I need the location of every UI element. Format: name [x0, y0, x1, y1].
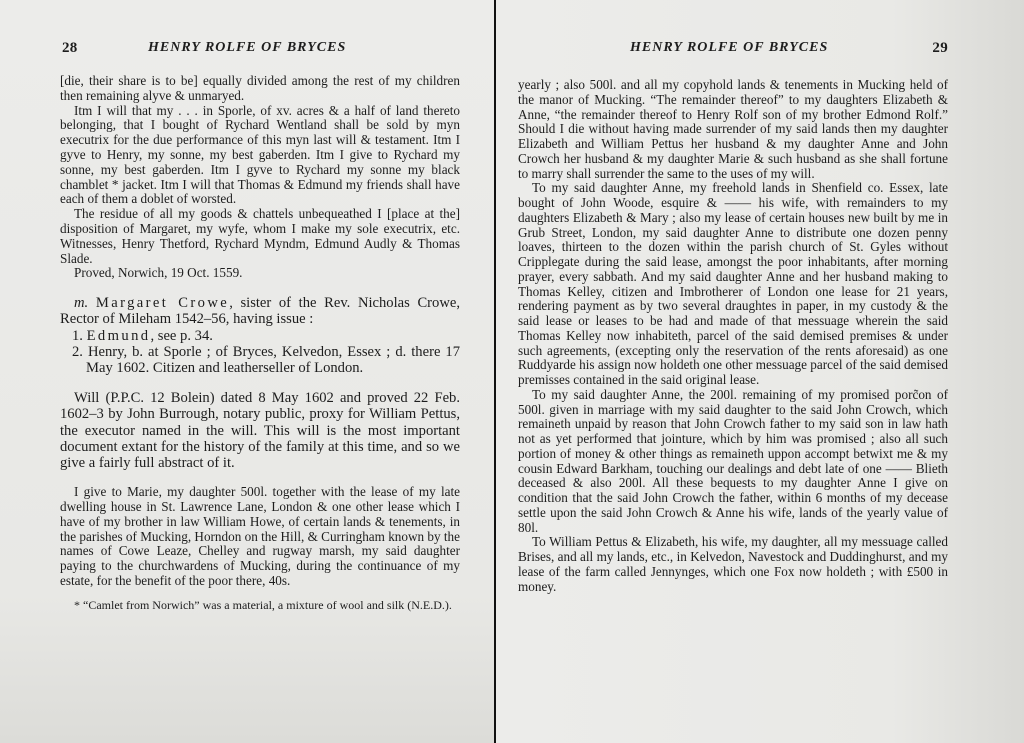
paragraph: To my said daughter Anne, my freehold la… [518, 181, 948, 388]
paragraph: yearly ; also 500l. and all my copyhold … [518, 78, 948, 181]
page-number: 28 [62, 40, 78, 57]
paragraph: Itm I will that my . . . in Sporle, of x… [60, 104, 460, 208]
paragraph: [die, their share is to be] equally divi… [60, 74, 460, 104]
left-page-header: 28 HENRY ROLFE OF BRYCES [62, 40, 462, 64]
issue-text: , see p. 34. [150, 328, 212, 344]
issue-name: Edmund [87, 328, 151, 344]
paragraph: The residue of all my goods & chattels u… [60, 207, 460, 266]
paragraph: To William Pettus & Elizabeth, his wife,… [518, 535, 948, 594]
right-page-body: yearly ; also 500l. and all my copyhold … [518, 78, 948, 594]
marriage-prefix: m. [74, 295, 88, 311]
issue-text: , b. at Sporle ; of Bryces, Kelvedon, Es… [86, 344, 460, 376]
issue-item: 1. Edmund, see p. 34. [72, 328, 460, 344]
issue-number: 1. [72, 328, 83, 344]
will-paragraph: Will (P.P.C. 12 Bolein) dated 8 May 1602… [60, 390, 460, 471]
issue-number: 2. [72, 344, 83, 360]
marriage-entry: m. Margaret Crowe, sister of the Rev. Ni… [60, 295, 460, 327]
page-number: 29 [932, 40, 948, 57]
issue-item: 2. Henry, b. at Sporle ; of Bryces, Kelv… [72, 344, 460, 376]
issue-name: Henry [88, 344, 124, 360]
footnote: * “Camlet from Norwich” was a material, … [60, 599, 460, 612]
right-page-header: HENRY ROLFE OF BRYCES 29 [520, 40, 948, 64]
spouse-name: Margaret Crowe [96, 295, 229, 311]
book-spread: 28 HENRY ROLFE OF BRYCES [die, their sha… [0, 0, 1024, 743]
paragraph: To my said daughter Anne, the 200l. rema… [518, 388, 948, 536]
running-title: HENRY ROLFE OF BRYCES [148, 40, 346, 56]
running-title: HENRY ROLFE OF BRYCES [630, 40, 828, 56]
probate-line: Proved, Norwich, 19 Oct. 1559. [60, 266, 460, 281]
right-page: HENRY ROLFE OF BRYCES 29 yearly ; also 5… [496, 0, 1024, 743]
left-page: 28 HENRY ROLFE OF BRYCES [die, their sha… [0, 0, 496, 743]
abstract-paragraph: I give to Marie, my daughter 500l. toget… [60, 485, 460, 589]
left-page-body: [die, their share is to be] equally divi… [60, 74, 460, 612]
